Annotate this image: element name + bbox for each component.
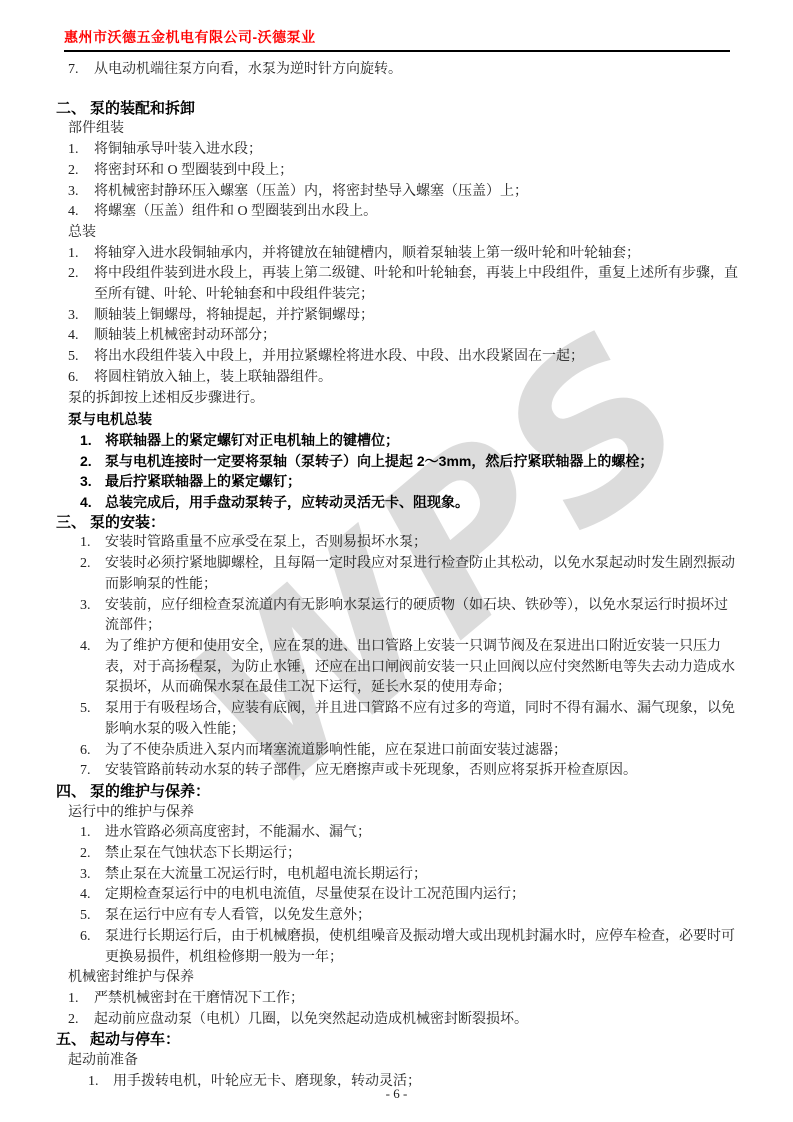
block-text: 将联轴器上的紧定螺钉对正电机轴上的键槽位； (105, 430, 739, 451)
list-marker: 6. (80, 927, 105, 968)
list-item: 5.泵用于有吸程场合，应装有底阀，并且进口管路不应有过多的弯道，同时不得有漏水、… (0, 699, 739, 740)
list-item: 1.安装时管路重量不应承受在泵上，否则易损坏水泵； (0, 533, 739, 554)
block-text: 机械密封维护与保养 (68, 968, 739, 989)
list-item: 2.将中段组件装到进水段上，再装上第二级键、叶轮和叶轮轴套，再装上中段组件，重复… (0, 264, 739, 305)
list-marker: 五、 (56, 1030, 90, 1051)
section-heading: 四、泵的维护与保养： (0, 782, 739, 803)
list-item: 4.将螺塞（压盖）组件和 O 型圈装到出水段上。 (0, 202, 739, 223)
block-text: 起动前准备 (68, 1051, 739, 1072)
block-text: 泵与电机总装 (68, 409, 739, 430)
block-text: 总装 (68, 223, 739, 244)
block-text: 禁止泵在大流量工况运行时，电机超电流长期运行； (105, 865, 739, 886)
list-item: 4.定期检查泵运行中的电机电流值，尽量使泵在设计工况范围内运行； (0, 885, 739, 906)
list-item: 7.从电动机端往泵方向看，水泵为逆时针方向旋转。 (0, 60, 739, 81)
block-text: 从电动机端往泵方向看，水泵为逆时针方向旋转。 (94, 60, 739, 81)
list-marker: 3. (80, 865, 105, 886)
list-marker: 3. (80, 596, 105, 637)
block-text: 定期检查泵运行中的电机电流值，尽量使泵在设计工况范围内运行； (105, 885, 739, 906)
block-text: 起动与停车： (90, 1030, 739, 1051)
block-text: 将轴穿入进水段铜轴承内，并将键放在轴键槽内，顺着泵轴装上第一级叶轮和叶轮轴套； (94, 244, 739, 265)
block-text: 泵进行长期运行后，由于机械磨损，使机组噪音及振动增大或出现机封漏水时，应停车检查… (105, 927, 739, 968)
list-item: 5.将出水段组件装入中段上，并用拉紧螺栓将进水段、中段、出水段紧固在一起； (0, 347, 739, 368)
block-text: 为了不使杂质进入泵内而堵塞流道影响性能，应在泵进口前面安装过滤器； (105, 741, 739, 762)
company-title: 惠州市沃德五金机电有限公司-沃德泵业 (64, 29, 730, 45)
block-text: 将出水段组件装入中段上，并用拉紧螺栓将进水段、中段、出水段紧固在一起； (94, 347, 739, 368)
list-item: 4.为了维护方便和使用安全，应在泵的进、出口管路上安装一只调节阀及在泵进出口附近… (0, 637, 739, 699)
list-item: 2.禁止泵在气蚀状态下长期运行； (0, 844, 739, 865)
block-text: 总装完成后，用手盘动泵转子，应转动灵活无卡、阻现象。 (105, 492, 739, 513)
block-text: 泵在运行中应有专人看管，以免发生意外； (105, 906, 739, 927)
list-item: 2.安装时必须拧紧地脚螺栓，且每隔一定时段应对泵进行检查防止其松动，以免水泵起动… (0, 554, 739, 595)
block-text: 将螺塞（压盖）组件和 O 型圈装到出水段上。 (94, 202, 739, 223)
block-text: 进水管路必须高度密封，不能漏水、漏气； (105, 823, 739, 844)
list-marker: 2. (68, 161, 94, 182)
list-item: 7.安装管路前转动水泵的转子部件，应无磨擦声或卡死现象，否则应将泵拆开检查原因。 (0, 761, 739, 782)
list-marker: 2. (80, 554, 105, 595)
block-text: 将圆柱销放入轴上，装上联轴器组件。 (94, 368, 739, 389)
list-marker: 7. (80, 761, 105, 782)
list-marker: 5. (80, 699, 105, 740)
sub-heading: 泵与电机总装 (0, 409, 739, 430)
list-item: 1.将轴穿入进水段铜轴承内，并将键放在轴键槽内，顺着泵轴装上第一级叶轮和叶轮轴套… (0, 244, 739, 265)
list-item: 1.将铜轴承导叶装入进水段； (0, 140, 739, 161)
sub-heading: 总装 (0, 223, 739, 244)
list-item: 6.为了不使杂质进入泵内而堵塞流道影响性能，应在泵进口前面安装过滤器； (0, 741, 739, 762)
block-text: 将铜轴承导叶装入进水段； (94, 140, 739, 161)
block-text: 运行中的维护与保养 (68, 803, 739, 824)
block-text: 泵与电机连接时一定要将泵轴（泵转子）向上提起 2～3mm，然后拧紧联轴器上的螺栓… (105, 451, 739, 472)
sub-heading: 部件组装 (0, 119, 739, 140)
list-item: 3.安装前，应仔细检查泵流道内有无影响水泵运行的硬质物（如石块、铁砂等），以免水… (0, 596, 739, 637)
document-content: 7.从电动机端往泵方向看，水泵为逆时针方向旋转。二、泵的装配和拆卸部件组装1.将… (0, 60, 739, 1092)
block-text: 严禁机械密封在干磨情况下工作； (94, 989, 739, 1010)
list-marker: 3. (68, 182, 94, 203)
page-header: 惠州市沃德五金机电有限公司-沃德泵业 (64, 29, 730, 52)
block-text: 禁止泵在气蚀状态下长期运行； (105, 844, 739, 865)
list-item: 3.将机械密封静环压入螺塞（压盖）内，将密封垫导入螺塞（压盖）上； (0, 182, 739, 203)
block-text: 部件组装 (68, 119, 739, 140)
block-text: 将密封环和 O 型圈装到中段上； (94, 161, 739, 182)
block-text: 起动前应盘动泵（电机）几圈，以免突然起动造成机械密封断裂损坏。 (94, 1010, 739, 1031)
list-item: 3.顺轴装上铜螺母，将轴提起，并拧紧铜螺母； (0, 306, 739, 327)
list-item: 4.总装完成后，用手盘动泵转子，应转动灵活无卡、阻现象。 (0, 492, 739, 513)
block-text: 泵的拆卸按上述相反步骤进行。 (68, 389, 739, 410)
list-marker: 1. (68, 989, 94, 1010)
list-marker: 6. (80, 741, 105, 762)
block-text: 泵用于有吸程场合，应装有底阀，并且进口管路不应有过多的弯道，同时不得有漏水、漏气… (105, 699, 739, 740)
list-item: 1.严禁机械密封在干磨情况下工作； (0, 989, 739, 1010)
list-marker: 二、 (56, 99, 90, 120)
list-item: 2.将密封环和 O 型圈装到中段上； (0, 161, 739, 182)
block-text: 安装管路前转动水泵的转子部件，应无磨擦声或卡死现象，否则应将泵拆开检查原因。 (105, 761, 739, 782)
list-marker: 7. (68, 60, 94, 81)
list-marker: 1. (68, 140, 94, 161)
list-item: 6.将圆柱销放入轴上，装上联轴器组件。 (0, 368, 739, 389)
list-marker: 1. (80, 823, 105, 844)
block-text: 最后拧紧联轴器上的紧定螺钉； (105, 471, 739, 492)
list-marker: 4. (80, 637, 105, 699)
list-marker: 5. (68, 347, 94, 368)
block-text: 泵的安装： (90, 513, 739, 534)
list-marker: 三、 (56, 513, 90, 534)
block-text: 顺轴装上机械密封动环部分； (94, 326, 739, 347)
list-marker: 5. (80, 906, 105, 927)
block-text: 为了维护方便和使用安全，应在泵的进、出口管路上安装一只调节阀及在泵进出口附近安装… (105, 637, 739, 699)
list-marker: 2. (80, 451, 105, 472)
list-marker: 1. (80, 533, 105, 554)
document-page: 惠州市沃德五金机电有限公司-沃德泵业 WPS 7.从电动机端往泵方向看，水泵为逆… (0, 0, 793, 1122)
block-text: 泵的维护与保养： (90, 782, 739, 803)
list-marker: 1. (68, 244, 94, 265)
page-number: - 6 - (0, 1086, 793, 1102)
section-heading: 五、起动与停车： (0, 1030, 739, 1051)
list-marker: 4. (68, 202, 94, 223)
block-text: 泵的装配和拆卸 (90, 99, 739, 120)
list-item: 3.禁止泵在大流量工况运行时，电机超电流长期运行； (0, 865, 739, 886)
list-item: 6.泵进行长期运行后，由于机械磨损，使机组噪音及振动增大或出现机封漏水时，应停车… (0, 927, 739, 968)
list-marker: 6. (68, 368, 94, 389)
sub-heading: 机械密封维护与保养 (0, 968, 739, 989)
list-item: 2.起动前应盘动泵（电机）几圈，以免突然起动造成机械密封断裂损坏。 (0, 1010, 739, 1031)
list-marker: 4. (80, 492, 105, 513)
list-marker: 2. (68, 1010, 94, 1031)
list-marker: 四、 (56, 782, 90, 803)
sub-heading: 运行中的维护与保养 (0, 803, 739, 824)
list-marker: 2. (80, 844, 105, 865)
block-text: 将中段组件装到进水段上，再装上第二级键、叶轮和叶轮轴套，再装上中段组件，重复上述… (94, 264, 739, 305)
list-marker: 3. (80, 471, 105, 492)
list-marker: 1. (80, 430, 105, 451)
list-marker: 3. (68, 306, 94, 327)
list-item: 1.将联轴器上的紧定螺钉对正电机轴上的键槽位； (0, 430, 739, 451)
block-text: 将机械密封静环压入螺塞（压盖）内，将密封垫导入螺塞（压盖）上； (94, 182, 739, 203)
list-item: 4.顺轴装上机械密封动环部分； (0, 326, 739, 347)
list-item: 3.最后拧紧联轴器上的紧定螺钉； (0, 471, 739, 492)
list-marker: 2. (68, 264, 94, 305)
sub-heading: 起动前准备 (0, 1051, 739, 1072)
list-item: 2.泵与电机连接时一定要将泵轴（泵转子）向上提起 2～3mm，然后拧紧联轴器上的… (0, 451, 739, 472)
list-marker: 4. (80, 885, 105, 906)
list-item: 5.泵在运行中应有专人看管，以免发生意外； (0, 906, 739, 927)
paragraph: 泵的拆卸按上述相反步骤进行。 (0, 389, 739, 410)
list-marker: 4. (68, 326, 94, 347)
section-heading: 二、泵的装配和拆卸 (0, 99, 739, 120)
block-text: 安装时必须拧紧地脚螺栓，且每隔一定时段应对泵进行检查防止其松动，以免水泵起动时发… (105, 554, 739, 595)
list-item: 1.进水管路必须高度密封，不能漏水、漏气； (0, 823, 739, 844)
section-heading: 三、泵的安装： (0, 513, 739, 534)
block-text: 安装前，应仔细检查泵流道内有无影响水泵运行的硬质物（如石块、铁砂等），以免水泵运… (105, 596, 739, 637)
block-text: 顺轴装上铜螺母，将轴提起，并拧紧铜螺母； (94, 306, 739, 327)
block-text: 安装时管路重量不应承受在泵上，否则易损坏水泵； (105, 533, 739, 554)
